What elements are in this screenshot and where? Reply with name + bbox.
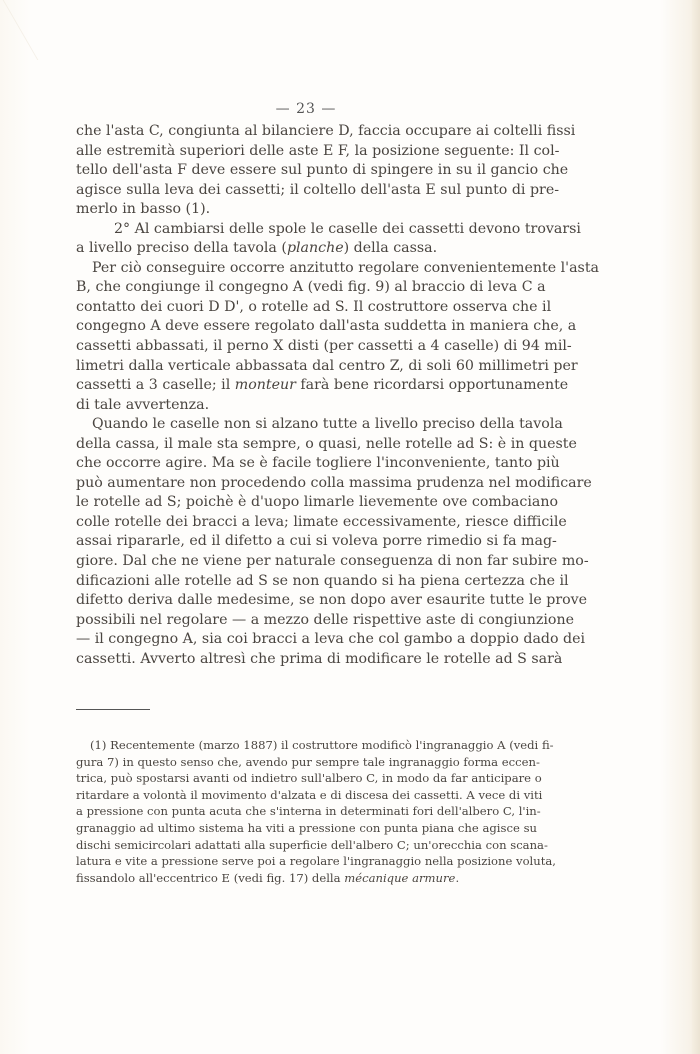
text-line: cassetti abbassati, il perno X disti (pe… [76,337,537,357]
text-line: assai ripararle, ed il difetto a cui si … [76,532,537,552]
text-line: limetri dalla verticale abbassata dal ce… [76,357,537,377]
text-line: — il congegno A, sia coi bracci a leva c… [76,630,537,650]
page-edge-shadow [692,0,700,1054]
text-line: difetto deriva dalle medesime, se non do… [76,591,537,611]
footnote: (1) Recentemente (marzo 1887) il costrut… [76,737,537,886]
footnote-line: fissandolo all'eccentrico E (vedi fig. 1… [76,870,537,887]
text-line: che l'asta C, congiunta al bilanciere D,… [76,122,537,142]
text-line: merlo in basso (1). [76,200,537,220]
text-line: B, che congiunge il congegno A (vedi fig… [76,278,537,298]
text-line: colle rotelle dei bracci a leva; limate … [76,513,537,533]
text-line: che occorre agire. Ma se è facile toglie… [76,454,537,474]
text-line: dificazioni alle rotelle ad S se non qua… [76,572,537,592]
footnote-line: a pressione con punta acuta che s'intern… [76,803,537,820]
text-line: 2° Al cambiarsi delle spole le caselle d… [76,220,537,240]
paper-crease [3,0,99,60]
footnote-line: (1) Recentemente (marzo 1887) il costrut… [76,737,537,754]
text-line: della cassa, il male sta sempre, o quasi… [76,435,537,455]
text-line: contatto dei cuori D D', o rotelle ad S.… [76,298,537,318]
text-line: può aumentare non procedendo colla massi… [76,474,537,494]
text-line: le rotelle ad S; poichè è d'uopo limarle… [76,493,537,513]
footnote-separator [76,709,150,710]
footnote-line: gura 7) in questo senso che, avendo pur … [76,754,537,771]
text-line: cassetti. Avverto altresì che prima di m… [76,650,537,670]
text-line: di tale avvertenza. [76,396,537,416]
footnote-line: trica, può spostarsi avanti od indietro … [76,770,537,787]
footnote-line: latura e vite a pressione serve poi a re… [76,853,537,870]
text-line: possibili nel regolare — a mezzo delle r… [76,611,537,631]
text-line: tello dell'asta F deve essere sul punto … [76,161,537,181]
scanned-page: — 23 — che l'asta C, congiunta al bilanc… [0,0,700,1054]
text-line: agisce sulla leva dei cassetti; il colte… [76,181,537,201]
text-line: congegno A deve essere regolato dall'ast… [76,317,537,337]
text-line: cassetti a 3 caselle; il monteur farà be… [76,376,537,396]
text-line: Quando le caselle non si alzano tutte a … [76,415,537,435]
page-number: — 23 — [0,101,612,117]
footnote-line: ritardare a volontà il movimento d'alzat… [76,787,537,804]
text-line: a livello preciso della tavola (planche)… [76,239,537,259]
body-text: che l'asta C, congiunta al bilanciere D,… [76,122,537,669]
text-line: alle estremità superiori delle aste E F,… [76,142,537,162]
footnote-line: granaggio ad ultimo sistema ha viti a pr… [76,820,537,837]
text-line: Per ciò conseguire occorre anzitutto reg… [76,259,537,279]
footnote-line: dischi semicircolari adattati alla super… [76,837,537,854]
text-line: giore. Dal che ne viene per naturale con… [76,552,537,572]
